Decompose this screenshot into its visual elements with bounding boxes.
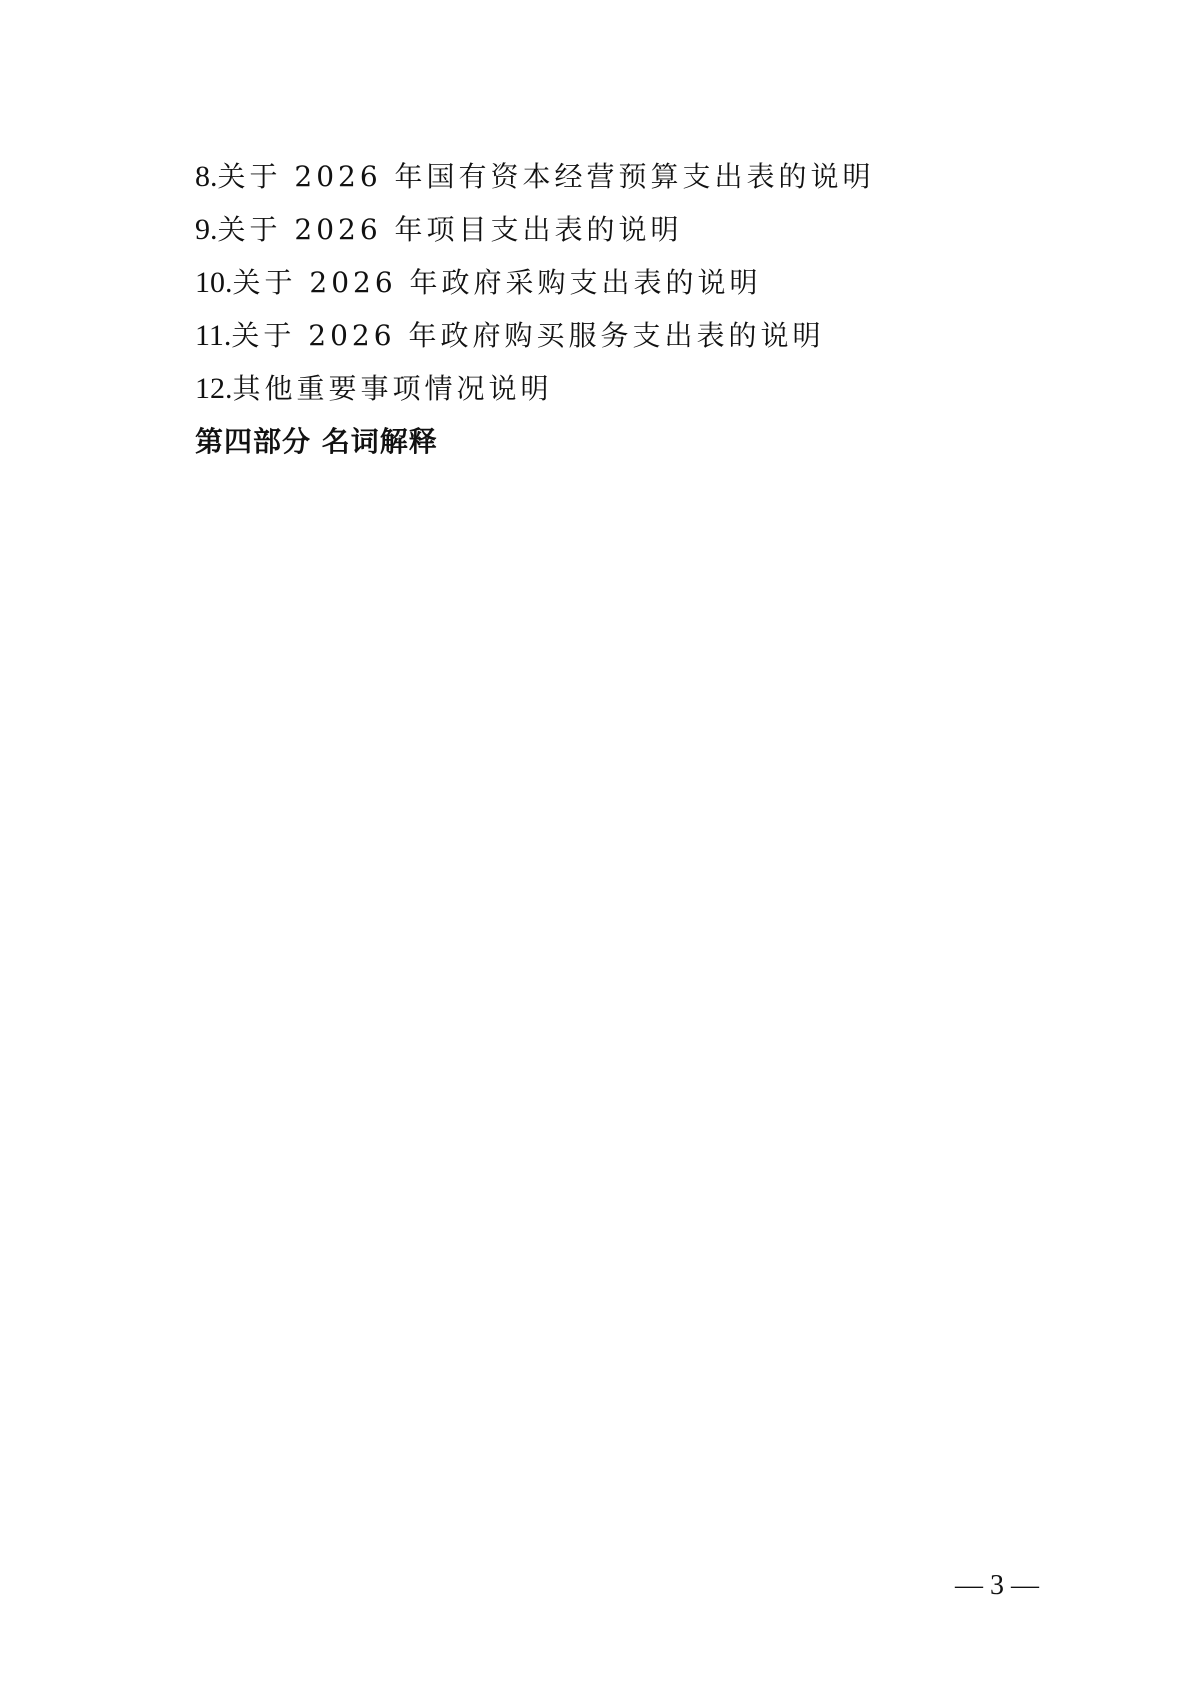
toc-item-text: 关于 2026 年政府采购支出表的说明 [233,266,762,299]
toc-item-8: 8.关于 2026 年国有资本经营预算支出表的说明 [195,150,875,203]
toc-item-number: 12. [195,372,233,405]
toc-item-text: 关于 2026 年项目支出表的说明 [218,213,683,246]
toc-item-number: 9. [195,213,218,246]
toc-item-text: 关于 2026 年政府购买服务支出表的说明 [231,319,824,352]
toc-item-11: 11.关于 2026 年政府购买服务支出表的说明 [195,309,875,362]
toc-item-10: 10.关于 2026 年政府采购支出表的说明 [195,256,875,309]
toc-item-number: 10. [195,266,233,299]
toc-item-9: 9.关于 2026 年项目支出表的说明 [195,203,875,256]
toc-item-12: 12.其他重要事项情况说明 [195,362,875,415]
toc-item-number: 8. [195,160,218,193]
toc-item-text: 关于 2026 年国有资本经营预算支出表的说明 [218,160,875,193]
table-of-contents: 8.关于 2026 年国有资本经营预算支出表的说明 9.关于 2026 年项目支… [195,150,875,468]
toc-item-number: 11. [195,319,231,352]
document-page: 8.关于 2026 年国有资本经营预算支出表的说明 9.关于 2026 年项目支… [0,0,1190,1683]
toc-item-text: 其他重要事项情况说明 [233,372,553,405]
section-heading: 第四部分 名词解释 [195,415,875,468]
page-number: — 3 — [955,1570,1039,1602]
